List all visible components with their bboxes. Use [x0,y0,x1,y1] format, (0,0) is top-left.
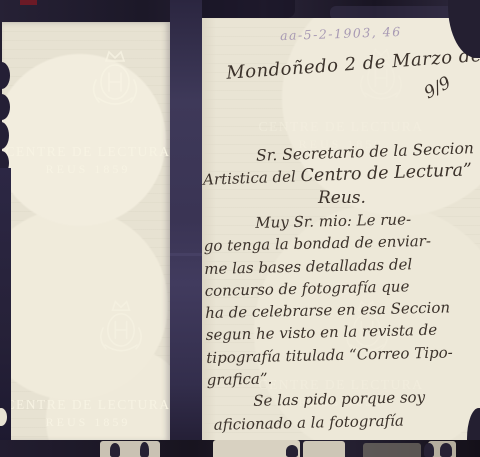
edge-shadow-blob [424,443,434,457]
scanner-background-left [0,168,11,442]
edge-shadow-blob [110,443,120,457]
edge-shadow-blob [286,445,298,457]
paper-edge-fragment [303,441,345,457]
letter-body: Muy Sr. mio: Le rue- go tenga la bondad … [203,207,480,436]
watermark-text: CENTRE DE LECTURA [202,119,480,135]
letterhead-watermark-top-left: CENTRE DE LECTURA REUS 1859 [4,144,170,177]
edge-shadow-blob [440,443,452,457]
recipient-line-2-prefix: Artistica del [203,167,296,188]
recipient-city: Reus. [318,188,366,208]
edge-shadow-blob [140,442,149,457]
watermark-text: REUS 1859 [4,162,170,177]
scanned-letter-document: CENTRE DE LECTURA REUS 1859 CENTRE DE LE… [0,0,480,457]
watermark-text: CENTRE DE LECTURA [4,397,170,413]
paper-edge-fragment [363,443,421,457]
letterhead-watermark-bottom-left: CENTRE DE LECTURA REUS 1859 [4,397,170,430]
paper-edge-fragment [100,441,160,457]
page-fold-gutter [170,0,202,457]
watermark-text: REUS 1859 [4,415,170,430]
watermark-text: CENTRE DE LECTURA [4,144,170,160]
fold-crease [170,253,202,256]
red-edge-mark [20,0,37,5]
letter-page-left: CENTRE DE LECTURA REUS 1859 CENTRE DE LE… [2,22,170,442]
